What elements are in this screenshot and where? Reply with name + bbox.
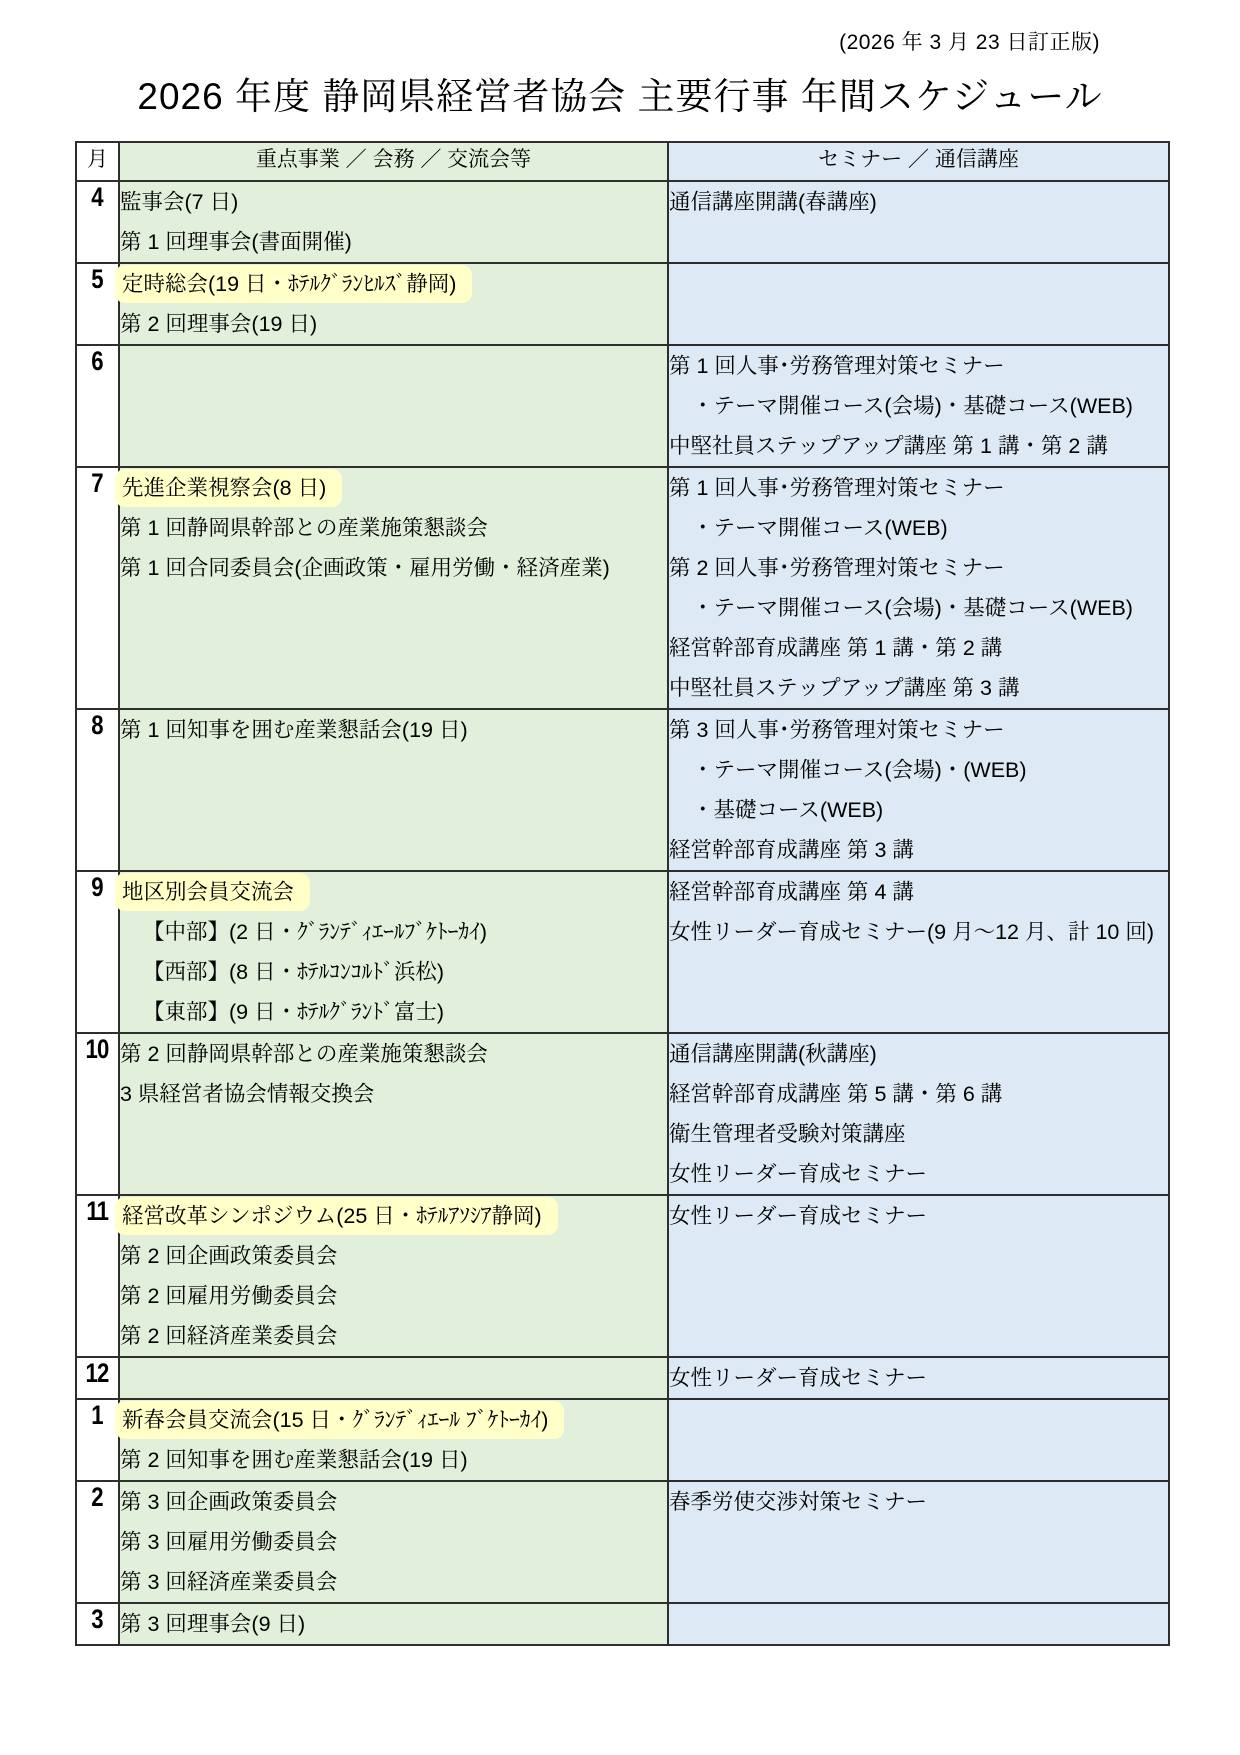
seminars-item: 経営幹部育成講座 第 3 講	[669, 830, 1168, 870]
events-item: 第 1 回合同委員会(企画政策・雇用労働・経済産業)	[120, 548, 667, 588]
month-number: 6	[92, 346, 104, 377]
events-cell: 監事会(7 日)第 1 回理事会(書面開催)	[119, 181, 668, 263]
events-item: 定時総会(19 日・ﾎﾃﾙｸﾞﾗﾝﾋﾙｽﾞ静岡)	[120, 264, 667, 304]
header-seminars: セミナー ／ 通信講座	[668, 142, 1169, 181]
schedule-rows: 4監事会(7 日)第 1 回理事会(書面開催)通信講座開講(春講座)5定時総会(…	[76, 181, 1169, 1645]
events-item: 【東部】(9 日・ﾎﾃﾙｸﾞﾗﾝﾄﾞ富士)	[120, 992, 667, 1032]
month-number: 8	[92, 710, 104, 741]
seminars-item: 経営幹部育成講座 第 5 講・第 6 講	[669, 1074, 1168, 1114]
seminars-item: 第 3 回人事･労務管理対策セミナー	[669, 710, 1168, 750]
events-item: 新春会員交流会(15 日・ｸﾞﾗﾝﾃﾞｨｴｰﾙ ﾌﾞｹﾄｰｶｲ)	[120, 1400, 667, 1440]
schedule-row-month-12: 12女性リーダー育成セミナー	[76, 1357, 1169, 1399]
seminars-item: ・テーマ開催コース(会場)・基礎コース(WEB)	[669, 386, 1168, 426]
month-number: 9	[92, 872, 104, 903]
seminars-item: 通信講座開講(秋講座)	[669, 1034, 1168, 1074]
seminars-item: 中堅社員ステップアップ講座 第 1 講・第 2 講	[669, 426, 1168, 466]
events-item: 第 1 回知事を囲む産業懇話会(19 日)	[120, 710, 667, 750]
month-number: 2	[92, 1482, 104, 1513]
events-cell: 第 2 回静岡県幹部との産業施策懇談会3 県経営者協会情報交換会	[119, 1033, 668, 1195]
highlighted-event: 地区別会員交流会	[115, 873, 310, 911]
schedule-row-month-4: 4監事会(7 日)第 1 回理事会(書面開催)通信講座開講(春講座)	[76, 181, 1169, 263]
events-item: 監事会(7 日)	[120, 182, 667, 222]
events-item: 先進企業視察会(8 日)	[120, 468, 667, 508]
seminars-cell: 女性リーダー育成セミナー	[668, 1357, 1169, 1399]
month-label: 9	[76, 871, 119, 1033]
events-cell: 第 3 回企画政策委員会第 3 回雇用労働委員会第 3 回経済産業委員会	[119, 1481, 668, 1603]
month-label: 5	[76, 263, 119, 345]
seminars-item: 経営幹部育成講座 第 4 講	[669, 872, 1168, 912]
highlighted-event: 定時総会(19 日・ﾎﾃﾙｸﾞﾗﾝﾋﾙｽﾞ静岡)	[115, 265, 472, 303]
events-item: 第 2 回雇用労働委員会	[120, 1276, 667, 1316]
month-number: 11	[87, 1196, 109, 1227]
schedule-row-month-5: 5定時総会(19 日・ﾎﾃﾙｸﾞﾗﾝﾋﾙｽﾞ静岡)第 2 回理事会(19 日)	[76, 263, 1169, 345]
events-item: 第 2 回知事を囲む産業懇話会(19 日)	[120, 1440, 667, 1480]
seminars-item: ・テーマ開催コース(会場)・(WEB)	[669, 750, 1168, 790]
events-item: 【中部】(2 日・ｸﾞﾗﾝﾃﾞｨｴｰﾙﾌﾞｹﾄｰｶｲ)	[120, 912, 667, 952]
month-label: 3	[76, 1603, 119, 1645]
schedule-row-month-10: 10第 2 回静岡県幹部との産業施策懇談会3 県経営者協会情報交換会通信講座開講…	[76, 1033, 1169, 1195]
events-item: 第 2 回企画政策委員会	[120, 1236, 667, 1276]
highlighted-event: 先進企業視察会(8 日)	[115, 469, 342, 507]
events-cell: 新春会員交流会(15 日・ｸﾞﾗﾝﾃﾞｨｴｰﾙ ﾌﾞｹﾄｰｶｲ)第 2 回知事を…	[119, 1399, 668, 1481]
month-number: 4	[92, 182, 104, 213]
events-item: 第 2 回経済産業委員会	[120, 1316, 667, 1356]
seminars-item: ・基礎コース(WEB)	[669, 790, 1168, 830]
seminars-item: 女性リーダー育成セミナー	[669, 1154, 1168, 1194]
events-cell: 先進企業視察会(8 日)第 1 回静岡県幹部との産業施策懇談会第 1 回合同委員…	[119, 467, 668, 709]
month-label: 6	[76, 345, 119, 467]
month-number: 10	[86, 1034, 109, 1065]
seminars-cell: 第 1 回人事･労務管理対策セミナー・テーマ開催コース(WEB)第 2 回人事･…	[668, 467, 1169, 709]
seminars-item: 女性リーダー育成セミナー	[669, 1196, 1168, 1236]
seminars-cell	[668, 1603, 1169, 1645]
seminars-item: 女性リーダー育成セミナー	[669, 1358, 1168, 1398]
events-item: 第 3 回雇用労働委員会	[120, 1522, 667, 1562]
events-cell	[119, 345, 668, 467]
schedule-row-month-11: 11経営改革シンポジウム(25 日・ﾎﾃﾙｱｿｼｱ静岡)第 2 回企画政策委員会…	[76, 1195, 1169, 1357]
page-title: 2026 年度 静岡県経営者協会 主要行事 年間スケジュール	[0, 66, 1240, 120]
events-item: 3 県経営者協会情報交換会	[120, 1074, 667, 1114]
month-label: 7	[76, 467, 119, 709]
month-label: 10	[76, 1033, 119, 1195]
seminars-item: 経営幹部育成講座 第 1 講・第 2 講	[669, 628, 1168, 668]
header-events: 重点事業 ／ 会務 ／ 交流会等	[119, 142, 668, 181]
events-cell: 地区別会員交流会【中部】(2 日・ｸﾞﾗﾝﾃﾞｨｴｰﾙﾌﾞｹﾄｰｶｲ)【西部】(…	[119, 871, 668, 1033]
seminars-cell: 経営幹部育成講座 第 4 講女性リーダー育成セミナー(9 月〜12 月、計 10…	[668, 871, 1169, 1033]
seminars-cell: 第 3 回人事･労務管理対策セミナー・テーマ開催コース(会場)・(WEB)・基礎…	[668, 709, 1169, 871]
seminars-item: 衛生管理者受験対策講座	[669, 1114, 1168, 1154]
schedule-row-month-1: 1新春会員交流会(15 日・ｸﾞﾗﾝﾃﾞｨｴｰﾙ ﾌﾞｹﾄｰｶｲ)第 2 回知事…	[76, 1399, 1169, 1481]
header-row: 月 重点事業 ／ 会務 ／ 交流会等 セミナー ／ 通信講座	[76, 142, 1169, 181]
events-item: 第 2 回静岡県幹部との産業施策懇談会	[120, 1034, 667, 1074]
seminars-item: ・テーマ開催コース(WEB)	[669, 508, 1168, 548]
events-item: 第 3 回理事会(9 日)	[120, 1604, 667, 1644]
events-cell: 定時総会(19 日・ﾎﾃﾙｸﾞﾗﾝﾋﾙｽﾞ静岡)第 2 回理事会(19 日)	[119, 263, 668, 345]
seminars-cell: 第 1 回人事･労務管理対策セミナー・テーマ開催コース(会場)・基礎コース(WE…	[668, 345, 1169, 467]
events-cell: 経営改革シンポジウム(25 日・ﾎﾃﾙｱｿｼｱ静岡)第 2 回企画政策委員会第 …	[119, 1195, 668, 1357]
events-cell	[119, 1357, 668, 1399]
month-number: 5	[92, 264, 104, 295]
annual-schedule-table: 月 重点事業 ／ 会務 ／ 交流会等 セミナー ／ 通信講座 4監事会(7 日)…	[75, 141, 1170, 1646]
month-label: 2	[76, 1481, 119, 1603]
highlighted-event: 新春会員交流会(15 日・ｸﾞﾗﾝﾃﾞｨｴｰﾙ ﾌﾞｹﾄｰｶｲ)	[115, 1401, 564, 1439]
highlighted-event: 経営改革シンポジウム(25 日・ﾎﾃﾙｱｿｼｱ静岡)	[115, 1197, 558, 1235]
schedule-row-month-3: 3第 3 回理事会(9 日)	[76, 1603, 1169, 1645]
seminars-cell: 春季労使交渉対策セミナー	[668, 1481, 1169, 1603]
events-item: 第 1 回理事会(書面開催)	[120, 222, 667, 262]
seminars-item: 第 1 回人事･労務管理対策セミナー	[669, 468, 1168, 508]
seminars-cell	[668, 263, 1169, 345]
month-label: 12	[76, 1357, 119, 1399]
schedule-row-month-2: 2第 3 回企画政策委員会第 3 回雇用労働委員会第 3 回経済産業委員会春季労…	[76, 1481, 1169, 1603]
events-cell: 第 3 回理事会(9 日)	[119, 1603, 668, 1645]
month-label: 1	[76, 1399, 119, 1481]
seminars-cell: 女性リーダー育成セミナー	[668, 1195, 1169, 1357]
seminars-item: 中堅社員ステップアップ講座 第 3 講	[669, 668, 1168, 708]
month-number: 7	[92, 468, 104, 499]
revision-note: (2026 年 3 月 23 日訂正版)	[0, 0, 1240, 56]
events-item: 第 3 回企画政策委員会	[120, 1482, 667, 1522]
schedule-row-month-7: 7先進企業視察会(8 日)第 1 回静岡県幹部との産業施策懇談会第 1 回合同委…	[76, 467, 1169, 709]
seminars-item: 春季労使交渉対策セミナー	[669, 1482, 1168, 1522]
seminars-cell: 通信講座開講(秋講座)経営幹部育成講座 第 5 講・第 6 講衛生管理者受験対策…	[668, 1033, 1169, 1195]
events-cell: 第 1 回知事を囲む産業懇話会(19 日)	[119, 709, 668, 871]
schedule-row-month-9: 9地区別会員交流会【中部】(2 日・ｸﾞﾗﾝﾃﾞｨｴｰﾙﾌﾞｹﾄｰｶｲ)【西部】…	[76, 871, 1169, 1033]
month-label: 8	[76, 709, 119, 871]
seminars-item: 第 2 回人事･労務管理対策セミナー	[669, 548, 1168, 588]
events-item: 第 1 回静岡県幹部との産業施策懇談会	[120, 508, 667, 548]
events-item: 第 3 回経済産業委員会	[120, 1562, 667, 1602]
seminars-cell: 通信講座開講(春講座)	[668, 181, 1169, 263]
schedule-row-month-8: 8第 1 回知事を囲む産業懇話会(19 日)第 3 回人事･労務管理対策セミナー…	[76, 709, 1169, 871]
events-item: 地区別会員交流会	[120, 872, 667, 912]
month-number: 3	[92, 1604, 104, 1635]
schedule-table-header: 月 重点事業 ／ 会務 ／ 交流会等 セミナー ／ 通信講座	[76, 142, 1169, 181]
month-number: 1	[92, 1400, 104, 1431]
seminars-item: ・テーマ開催コース(会場)・基礎コース(WEB)	[669, 588, 1168, 628]
seminars-item: 通信講座開講(春講座)	[669, 182, 1168, 222]
schedule-row-month-6: 6第 1 回人事･労務管理対策セミナー・テーマ開催コース(会場)・基礎コース(W…	[76, 345, 1169, 467]
month-number: 12	[86, 1358, 109, 1389]
header-month: 月	[76, 142, 119, 181]
events-item: 第 2 回理事会(19 日)	[120, 304, 667, 344]
events-item: 経営改革シンポジウム(25 日・ﾎﾃﾙｱｿｼｱ静岡)	[120, 1196, 667, 1236]
seminars-cell	[668, 1399, 1169, 1481]
seminars-item: 第 1 回人事･労務管理対策セミナー	[669, 346, 1168, 386]
month-label: 4	[76, 181, 119, 263]
seminars-item: 女性リーダー育成セミナー(9 月〜12 月、計 10 回)	[669, 912, 1168, 952]
events-item: 【西部】(8 日・ﾎﾃﾙｺﾝｺﾙﾄﾞ浜松)	[120, 952, 667, 992]
month-label: 11	[76, 1195, 119, 1357]
